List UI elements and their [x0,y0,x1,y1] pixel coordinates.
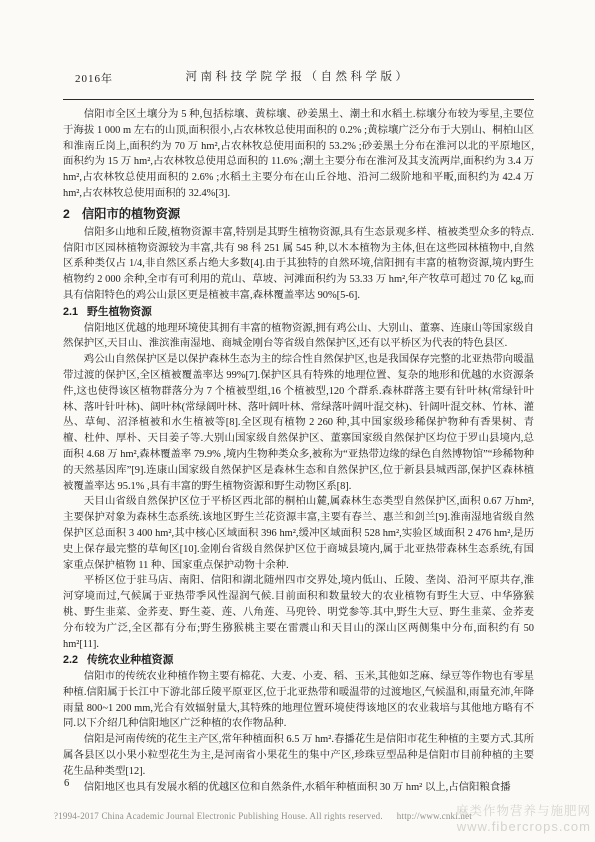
paragraph-rice: 信阳地区也具有发展水稻的优越区位和自然条件,水稻年种植面积 30 万 hm² 以… [63,780,534,796]
watermark-site-url: www.fibercrops.com [361,819,591,834]
copyright-text: ?1994-2017 China Academic Journal Electr… [54,811,383,821]
watermark-site-name: 麻类作物营养与施肥网 [361,804,591,819]
page-header: 2016年 河南科技学院学报（自然科学版） [63,66,533,90]
section-heading-2-1: 2.1野生植物资源 [63,305,534,321]
paragraph-soil-types: 信阳市全区土壤分为 5 种,包括棕壤、黄棕壤、砂姜黑土、潮土和水稻土.棕壤分布较… [63,107,534,202]
section-heading-2: 2信阳市的植物资源 [63,206,534,222]
header-rule [63,99,534,100]
section-heading-2-2: 2.2传统农业种植资源 [63,653,534,669]
watermark: 麻类作物营养与施肥网 www.fibercrops.com [361,804,591,834]
section-number: 2.2 [63,653,78,669]
section-number: 2 [63,206,70,222]
paragraph-jigongshan-reserve: 鸡公山自然保护区是以保护森林生态为主的综合性自然保护区,也是我国保存完整的北亚热… [63,352,534,494]
paragraph-reserves-intro: 信阳地区优越的地理环境使其拥有丰富的植物资源,拥有鸡公山、大别山、董寨、连康山等… [63,321,534,353]
article-body: 信阳市全区土壤分为 5 种,包括棕壤、黄棕壤、砂姜黑土、潮土和水稻土.棕壤分布较… [63,107,534,795]
journal-title: 河南科技学院学报（自然科学版） [63,68,533,84]
paragraph-peanut: 信阳是河南传统的花生主产区,常年种植面积 6.5 万 hm².春播花生是信阳市花… [63,732,534,779]
page-number: 6 [64,778,69,789]
section-number: 2.1 [63,305,78,321]
section-title: 信阳市的植物资源 [82,207,180,221]
paragraph-pingqiao-district: 平桥区位于驻马店、南阳、信阳和湖北随州四市交界处,境内低山、丘陵、垄岗、沿河平原… [63,573,534,652]
paragraph-traditional-crops: 信阳市的传统农业种植作物主要有棉花、大麦、小麦、稻、玉米,其他如芝麻、绿豆等作物… [63,669,534,732]
section-title: 传统农业种植资源 [87,654,173,666]
paragraph-tianmushan-reserve: 天目山省级自然保护区位于平桥区西北部的桐柏山麓,属森林生态类型自然保护区,面积 … [63,494,534,573]
section-title: 野生植物资源 [87,306,152,318]
paragraph-plant-resources-overview: 信阳多山地和丘陵,植物资源丰富,特别是其野生植物资源,具有生态景观多样、植被类型… [63,225,534,304]
journal-page: 2016年 河南科技学院学报（自然科学版） 信阳市全区土壤分为 5 种,包括棕壤… [0,0,595,842]
